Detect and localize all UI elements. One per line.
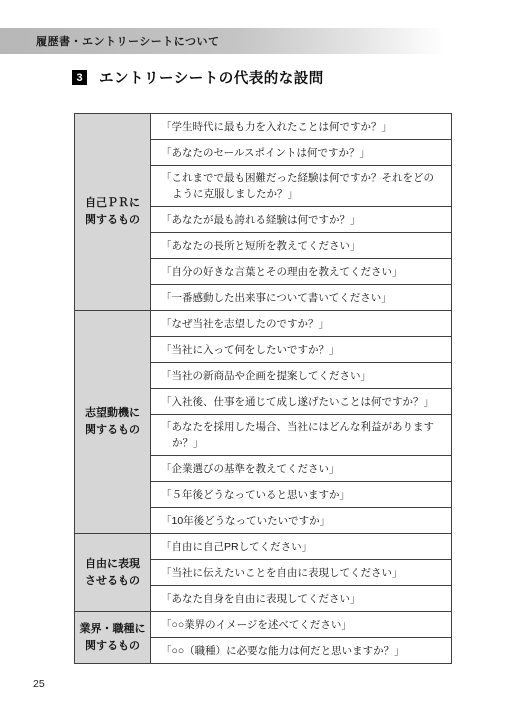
table-section-2: 自由に表現 させるもの「自由に自己PRしてください」「当社に伝えたいことを自由に… <box>75 533 451 611</box>
question-text: 「自分の好きな言葉とその理由を教えてください」 <box>161 264 403 280</box>
question-text: 「なぜ当社を志望したのですか？」 <box>161 316 329 332</box>
question-row: 「当社に伝えたいことを自由に表現してください」 <box>151 559 451 585</box>
question-row: 「入社後、仕事を通じて成し遂げたいことは何ですか？」 <box>151 388 451 414</box>
category-cell: 志望動機に 関するもの <box>75 311 151 533</box>
question-text: 「当社の新商品や企画を提案してください」 <box>161 368 371 384</box>
section-title-text: エントリーシートの代表的な設問 <box>99 67 324 88</box>
question-row: 「あなたのセールスポイントは何ですか？」 <box>151 139 451 165</box>
table-section-1: 志望動機に 関するもの「なぜ当社を志望したのですか？」「当社に入って何をしたいで… <box>75 310 451 533</box>
question-row: 「○○業界のイメージを述べてください」 <box>151 612 451 637</box>
question-column: 「自由に自己PRしてください」「当社に伝えたいことを自由に表現してください」「あ… <box>151 534 451 611</box>
question-row: 「一番感動した出来事について書いてください」 <box>151 284 451 310</box>
question-column: 「学生時代に最も力を入れたことは何ですか？」「あなたのセールスポイントは何ですか… <box>151 114 451 310</box>
page-header-label: 履歴書・エントリーシートについて <box>36 33 220 49</box>
question-row: 「当社に入って何をしたいですか？」 <box>151 336 451 362</box>
question-text: 「あなたが最も誇れる経験は何ですか？」 <box>161 212 361 228</box>
question-text: 「あなたの長所と短所を教えてください」 <box>161 238 361 254</box>
question-text: 「自由に自己PRしてください」 <box>161 539 312 555</box>
question-text: 「10年後どうなっていたいですか」 <box>161 513 330 529</box>
question-column: 「なぜ当社を志望したのですか？」「当社に入って何をしたいですか？」「当社の新商品… <box>151 311 451 533</box>
section-title: 3 エントリーシートの代表的な設問 <box>72 67 324 88</box>
question-text: 「入社後、仕事を通じて成し遂げたいことは何ですか？」 <box>161 394 434 410</box>
category-label: 業界・職種に 関するもの <box>80 621 146 655</box>
category-label: 自己ＰＲに 関するもの <box>85 195 140 229</box>
question-row: 「自由に自己PRしてください」 <box>151 534 451 559</box>
question-text: 「あなたを採用した場合、当社にはどんな利益がありますか？」 <box>161 419 443 451</box>
question-column: 「○○業界のイメージを述べてください」「○○（職種）に必要な能力は何だと思います… <box>151 612 451 663</box>
question-text: 「企業選びの基準を教えてください」 <box>161 461 340 477</box>
category-label: 自由に表現 させるもの <box>85 556 140 590</box>
question-row: 「これまでで最も困難だった経験は何ですか？それをどのように克服しましたか？」 <box>151 165 451 206</box>
question-row: 「なぜ当社を志望したのですか？」 <box>151 311 451 336</box>
question-row: 「当社の新商品や企画を提案してください」 <box>151 362 451 388</box>
question-row: 「10年後どうなっていたいですか」 <box>151 507 451 533</box>
category-cell: 業界・職種に 関するもの <box>75 612 151 663</box>
category-label: 志望動機に 関するもの <box>85 405 140 439</box>
question-text: 「一番感動した出来事について書いてください」 <box>161 290 392 306</box>
question-row: 「○○（職種）に必要な能力は何だと思いますか？」 <box>151 637 451 663</box>
entry-sheet-question-table: 自己ＰＲに 関するもの「学生時代に最も力を入れたことは何ですか？」「あなたのセー… <box>74 113 452 664</box>
question-text: 「あなたのセールスポイントは何ですか？」 <box>161 145 370 161</box>
table-section-0: 自己ＰＲに 関するもの「学生時代に最も力を入れたことは何ですか？」「あなたのセー… <box>75 114 451 310</box>
question-text: 「当社に入って何をしたいですか？」 <box>161 342 340 358</box>
question-text: 「５年後どうなっていると思いますか」 <box>161 487 350 503</box>
question-row: 「あなたを採用した場合、当社にはどんな利益がありますか？」 <box>151 414 451 455</box>
question-text: 「学生時代に最も力を入れたことは何ですか？」 <box>161 119 392 135</box>
question-row: 「学生時代に最も力を入れたことは何ですか？」 <box>151 114 451 139</box>
question-text: 「あなた自身を自由に表現してください」 <box>161 591 361 607</box>
question-text: 「当社に伝えたいことを自由に表現してください」 <box>161 565 403 581</box>
category-cell: 自己ＰＲに 関するもの <box>75 114 151 310</box>
category-cell: 自由に表現 させるもの <box>75 534 151 611</box>
question-text: 「これまでで最も困難だった経験は何ですか？それをどのように克服しましたか？」 <box>161 170 443 202</box>
question-text: 「○○（職種）に必要な能力は何だと思いますか？」 <box>161 643 405 659</box>
question-row: 「自分の好きな言葉とその理由を教えてください」 <box>151 258 451 284</box>
section-number-badge: 3 <box>72 70 87 85</box>
question-row: 「企業選びの基準を教えてください」 <box>151 455 451 481</box>
question-text: 「○○業界のイメージを述べてください」 <box>161 617 352 633</box>
question-row: 「あなたの長所と短所を教えてください」 <box>151 232 451 258</box>
page-header-bar: 履歴書・エントリーシートについて <box>0 28 524 54</box>
question-row: 「あなたが最も誇れる経験は何ですか？」 <box>151 206 451 232</box>
table-section-3: 業界・職種に 関するもの「○○業界のイメージを述べてください」「○○（職種）に必… <box>75 611 451 663</box>
question-row: 「あなた自身を自由に表現してください」 <box>151 585 451 611</box>
question-row: 「５年後どうなっていると思いますか」 <box>151 481 451 507</box>
page-number: 25 <box>33 678 45 690</box>
